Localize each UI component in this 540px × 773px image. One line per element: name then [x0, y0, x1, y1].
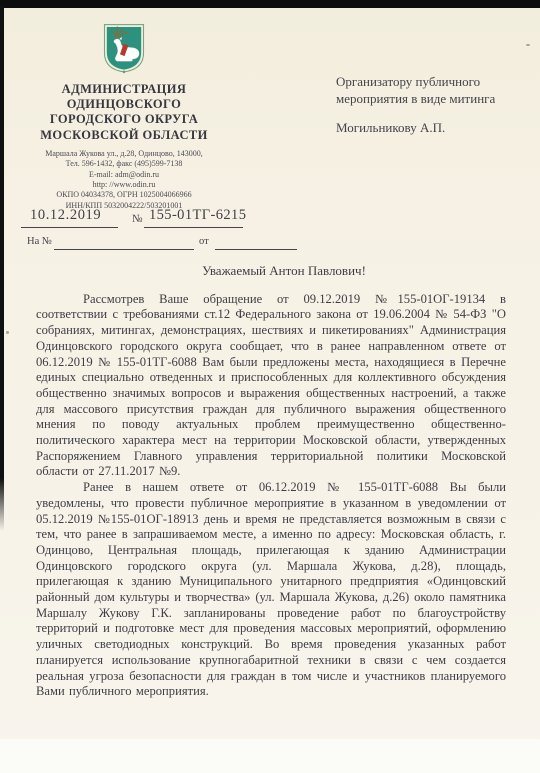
org-name-line: АДМИНИСТРАЦИЯ	[15, 82, 233, 97]
number-sign: №	[132, 213, 143, 225]
reply-to-label: На №	[27, 236, 52, 247]
letter-date: 10.12.2019	[30, 207, 101, 224]
scan-edge-top	[0, 0, 540, 8]
addressee-line: Организатору публичного	[336, 74, 531, 91]
org-name-line: ГОРОДСКОГО ОКРУГА	[15, 112, 233, 127]
org-website: http: //www.odin.ru	[15, 180, 233, 190]
addressee-name: Могильникову А.П.	[336, 120, 531, 137]
scan-speck	[6, 331, 9, 334]
addressee-line: мероприятия в виде митинга	[336, 91, 531, 108]
number-underline	[144, 227, 243, 228]
coat-of-arms-icon	[103, 22, 145, 75]
scan-speck	[526, 44, 530, 46]
salutation: Уважаемый Антон Павлович!	[36, 263, 506, 279]
org-phone: Тел. 596-1432, факс (495)599-7138	[15, 159, 233, 169]
org-name-line: ОДИНЦОВСКОГО	[15, 97, 233, 112]
addressee-block: Организатору публичного мероприятия в ви…	[336, 74, 531, 137]
org-okpo-ogrn: ОКПО 04034378, ОГРН 1025004066966	[15, 190, 233, 200]
org-name-line: МОСКОВСКОЙ ОБЛАСТИ	[15, 128, 233, 143]
date-underline	[21, 227, 118, 228]
letterhead: АДМИНИСТРАЦИЯ ОДИНЦОВСКОГО ГОРОДСКОГО ОК…	[15, 18, 233, 211]
scan-edge-left	[0, 6, 4, 531]
body-paragraph-2: Ранее в нашем ответе от 06.12.2019 № 155…	[36, 480, 506, 700]
reply-number-blank	[54, 249, 194, 250]
org-address: Маршала Жукова ул., д.28, Одинцово, 1430…	[15, 149, 233, 159]
reply-date-blank	[215, 249, 297, 250]
org-name: АДМИНИСТРАЦИЯ ОДИНЦОВСКОГО ГОРОДСКОГО ОК…	[15, 82, 233, 143]
letter-body: Уважаемый Антон Павлович! Рассмотрев Ваш…	[36, 263, 506, 700]
letter-number: 155-01ТГ-6215	[149, 207, 246, 224]
scanned-letter-page: АДМИНИСТРАЦИЯ ОДИНЦОВСКОГО ГОРОДСКОГО ОК…	[0, 0, 540, 773]
reply-from-label: от	[199, 236, 209, 247]
body-paragraph-1: Рассмотрев Ваше обращение от 09.12.2019 …	[36, 292, 506, 480]
org-contact-block: Маршала Жукова ул., д.28, Одинцово, 1430…	[15, 149, 233, 211]
org-email: E-mail: adm@odin.ru	[15, 170, 233, 180]
scan-edge-bottom	[0, 739, 540, 773]
